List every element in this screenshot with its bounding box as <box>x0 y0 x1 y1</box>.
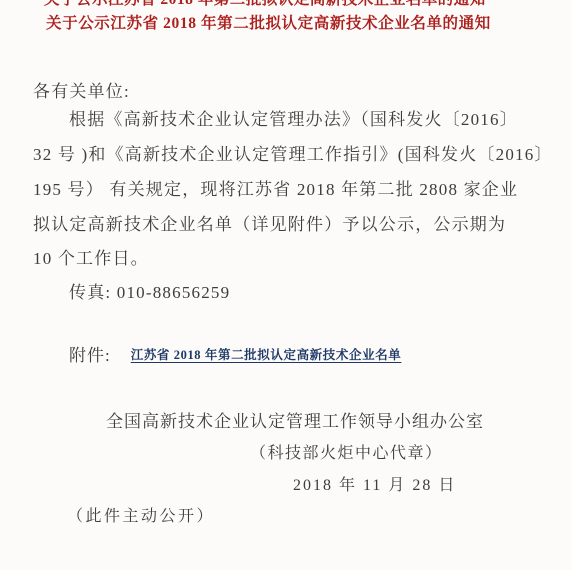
body-line-2: 32 号 )和《高新技术企业认定管理工作指引》(国科发火〔2016〕 <box>33 140 553 165</box>
salutation: 各有关单位: <box>33 77 130 102</box>
notice-title: 关于公示江苏省 2018 年第二批拟认定高新技术企业名单的通知 <box>46 11 491 33</box>
body-line-4: 拟认定高新技术企业名单（详见附件）予以公示，公示期为 <box>33 210 506 235</box>
cropped-previous-headline: 关于公示江苏省 2018 年第二批拟认定高新技术企业名单的通知 <box>44 0 524 6</box>
signature-organization: 全国高新技术企业认定管理工作领导小组办公室 <box>106 407 484 432</box>
notice-document: 关于公示江苏省 2018 年第二批拟认定高新技术企业名单的通知 关于公示江苏省 … <box>0 0 571 570</box>
attachment-label: 附件: <box>69 341 111 366</box>
signature-seal-note: （科技部火炬中心代章） <box>250 440 443 463</box>
body-line-1: 根据《高新技术企业认定管理办法》（国科发火〔2016〕 <box>69 105 518 130</box>
body-line-3: 195 号） 有关规定，现将江苏省 2018 年第二批 2808 家企业 <box>33 175 518 200</box>
cropped-headline-text: 关于公示江苏省 2018 年第二批拟认定高新技术企业名单的通知 <box>44 0 524 6</box>
body-line-5: 10 个工作日。 <box>33 244 149 269</box>
attachment-row: 附件: 江苏省 2018 年第二批拟认定高新技术企业名单 <box>69 341 401 366</box>
signature-date: 2018 年 11 月 28 日 <box>293 472 456 495</box>
attachment-link[interactable]: 江苏省 2018 年第二批拟认定高新技术企业名单 <box>131 345 402 363</box>
disclosure-note: （此件主动公开） <box>67 503 215 526</box>
fax-line: 传真: 010-88656259 <box>69 278 230 303</box>
